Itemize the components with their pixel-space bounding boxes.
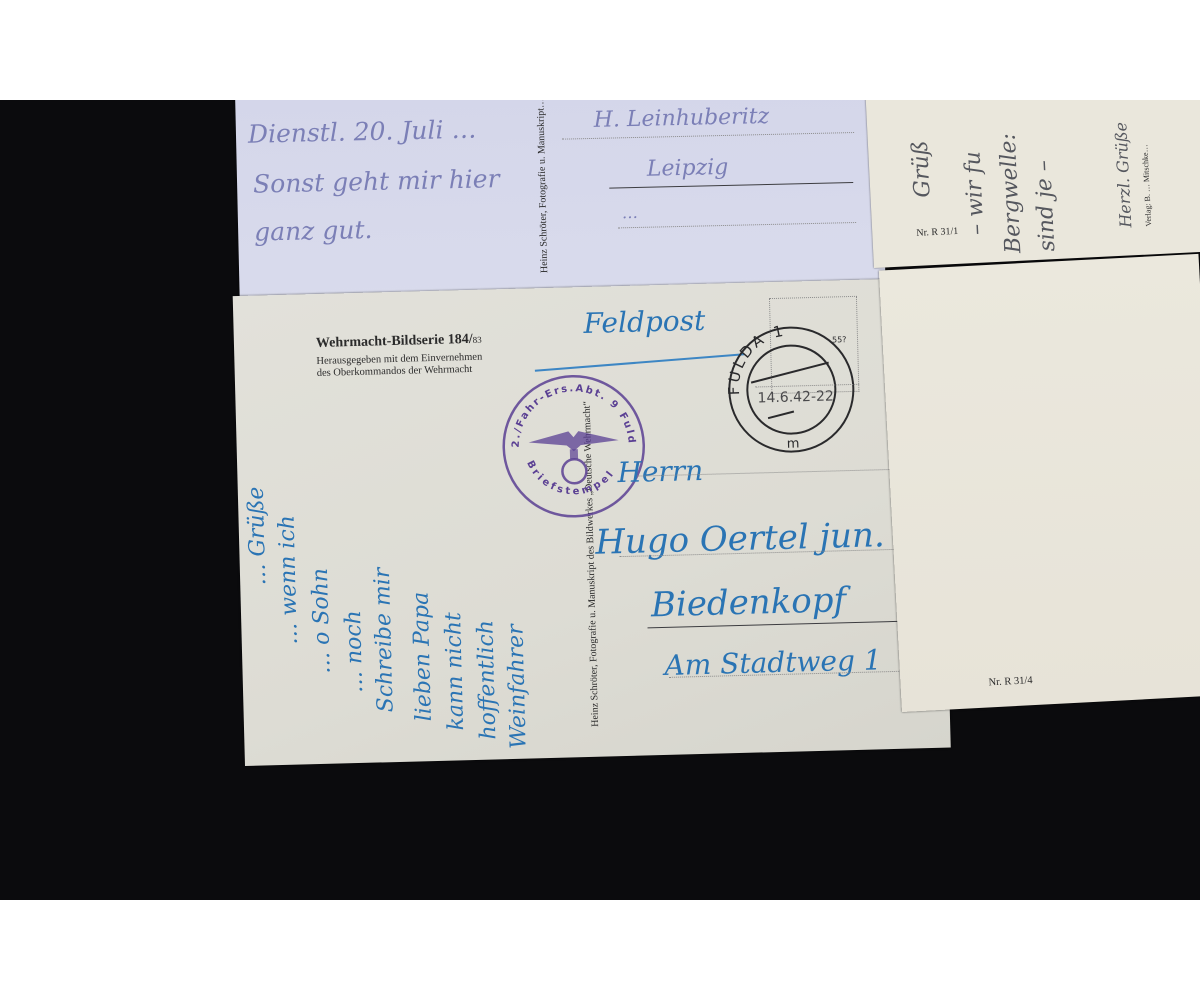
series-number: Nr. R 31/1 <box>916 226 958 239</box>
message-line: lieben Papa <box>409 592 437 722</box>
svg-text:FULDA 1: FULDA 1 <box>723 321 789 395</box>
unit-stamp: 2./Fahr-Ers.Abt. 9 Fulda Briefstempel <box>497 369 651 523</box>
svg-text:Briefstempel: Briefstempel <box>524 457 618 499</box>
message-line: … o Sohn <box>308 568 336 675</box>
message-line: … Grüße <box>244 486 272 586</box>
photo-background: Dienstl. 20. Juli … Sonst geht mir hier … <box>0 100 1200 900</box>
address-city: Biedenkopf <box>650 580 846 625</box>
address-salutation: Herrn <box>617 454 704 489</box>
handwriting: Grüß <box>908 140 936 198</box>
address-city: Leipzig <box>647 155 729 182</box>
message-line: Sonst geht mir hier <box>253 164 500 199</box>
message-line: Schreibe mir <box>370 567 399 712</box>
postcard-right-blank: Nr. R 31/4 <box>879 254 1200 712</box>
svg-text:14.6.42-22: 14.6.42-22 <box>757 388 834 406</box>
series-number: Nr. R 31/4 <box>988 675 1033 688</box>
handwriting: – wir fu <box>960 151 989 236</box>
svg-text:m: m <box>787 436 800 451</box>
message-line: Weinfahrer <box>503 624 531 749</box>
message-line: … noch <box>341 610 368 694</box>
publisher-imprint: Verlag: B. … Mitschke… <box>1140 144 1153 227</box>
address-line: … <box>622 203 638 222</box>
handwriting: Herzl. Grüße <box>1111 122 1135 228</box>
handwriting: sind je – <box>1031 160 1060 253</box>
message-line: kann nicht <box>441 612 469 731</box>
message-line: … wenn ich <box>274 515 302 645</box>
message-line: ganz gut. <box>254 215 373 247</box>
postcard-top-right: Grüß – wir fu Bergwelle: sind je – Herzl… <box>865 100 1200 268</box>
publisher-imprint: Heinz Schröter, Fotografie u. Manuskript… <box>535 100 550 273</box>
message-line: Dienstl. 20. Juli … <box>248 115 477 149</box>
message-line: hoffentlich <box>473 620 501 740</box>
svg-text:55?: 55? <box>832 335 847 344</box>
feldpost-label: Feldpost <box>583 304 706 340</box>
postmark: FULDA 1 14.6.42-22 m 55? <box>722 320 862 460</box>
series-title: Wehrmacht-Bildserie 184/83 <box>316 332 482 352</box>
postcard-main: Wehrmacht-Bildserie 184/83 Herausgegeben… <box>233 278 951 766</box>
address-line: H. Leinhuberitz <box>593 104 769 133</box>
handwriting: Bergwelle: <box>996 133 1027 254</box>
postcard-top-left: Dienstl. 20. Juli … Sonst geht mir hier … <box>235 100 886 312</box>
